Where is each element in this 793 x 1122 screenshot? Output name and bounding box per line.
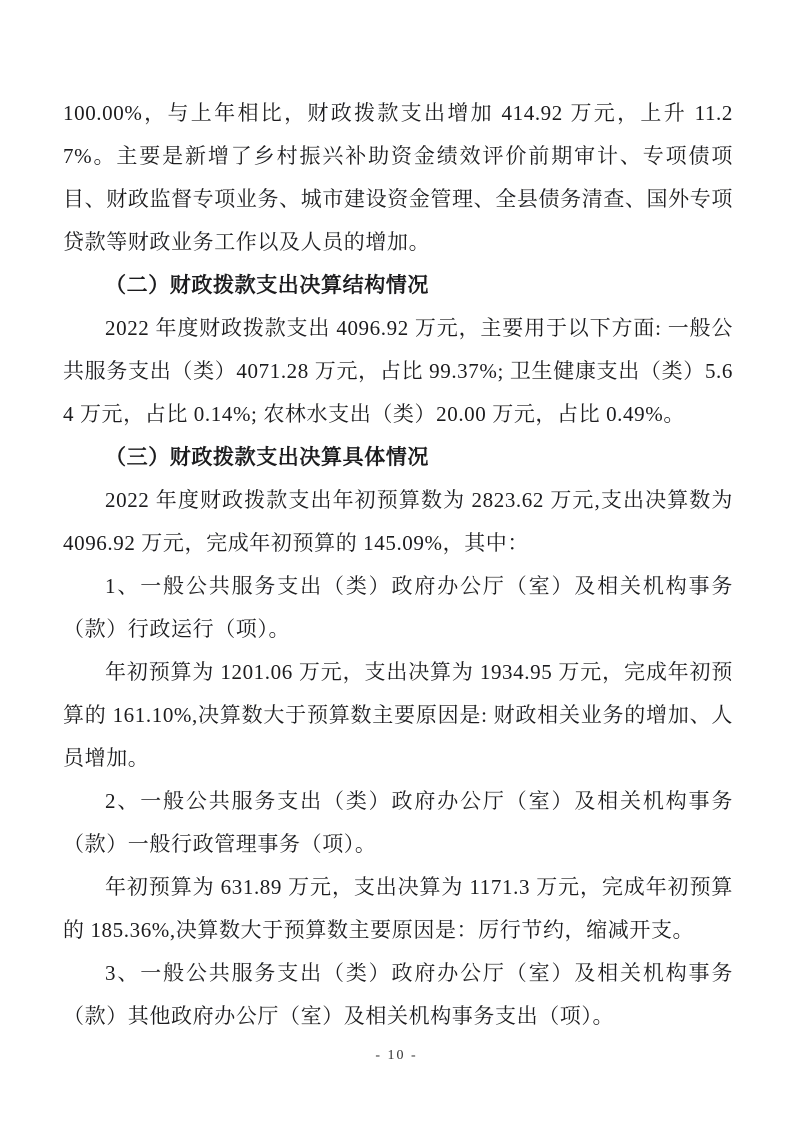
paragraph: 2022 年度财政拨款支出 4096.92 万元，主要用于以下方面: 一般公共服… <box>63 307 733 436</box>
document-page: 100.00%，与上年相比，财政拨款支出增加 414.92 万元，上升 11.2… <box>0 0 793 1122</box>
paragraph: 年初预算为 1201.06 万元，支出决算为 1934.95 万元，完成年初预算… <box>63 651 733 780</box>
list-item-2: 2、一般公共服务支出（类）政府办公厅（室）及相关机构事务（款）一般行政管理事务（… <box>63 780 733 866</box>
paragraph: 2022 年度财政拨款支出年初预算数为 2823.62 万元,支出决算数为 40… <box>63 479 733 565</box>
paragraph-continuation: 100.00%，与上年相比，财政拨款支出增加 414.92 万元，上升 11.2… <box>63 92 733 264</box>
page-number: - 10 - <box>0 1048 793 1064</box>
section-heading-3: （三）财政拨款支出决算具体情况 <box>63 436 733 479</box>
document-body: 100.00%，与上年相比，财政拨款支出增加 414.92 万元，上升 11.2… <box>63 92 733 1038</box>
section-heading-2: （二）财政拨款支出决算结构情况 <box>63 264 733 307</box>
list-item-3: 3、一般公共服务支出（类）政府办公厅（室）及相关机构事务（款）其他政府办公厅（室… <box>63 952 733 1038</box>
list-item-1: 1、一般公共服务支出（类）政府办公厅（室）及相关机构事务（款）行政运行（项）。 <box>63 565 733 651</box>
paragraph: 年初预算为 631.89 万元，支出决算为 1171.3 万元，完成年初预算的 … <box>63 866 733 952</box>
